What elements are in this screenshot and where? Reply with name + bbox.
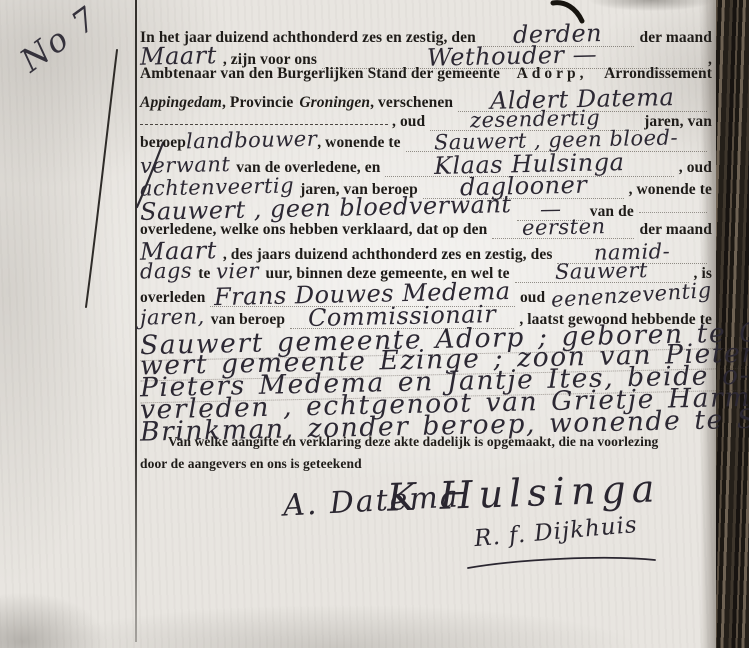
printed-text: oud	[520, 289, 545, 307]
entry-akte-month: Maart	[140, 43, 217, 69]
entry-death-place: Sauwert	[555, 260, 648, 283]
printed-text: der maand	[639, 221, 712, 239]
death-record-page: No 7 In het jaar duizend achthonderd zes…	[0, 0, 749, 648]
entry-declarant1-occupation: landbouwer	[186, 129, 318, 153]
printed-text: , wonende te	[629, 181, 712, 199]
margin-pen-stroke	[86, 50, 117, 307]
fill-line	[639, 212, 707, 213]
printed-text: , wonende te	[317, 134, 400, 152]
printed-arrondissement: Appingedam	[140, 94, 222, 112]
signature-declarant-2: K Hulsinga	[386, 469, 661, 517]
form-line-19: Brinkman, zonder beroep, wonende te Sauw…	[140, 412, 712, 434]
fill-line: eersten	[492, 217, 634, 239]
form-line-7: verwant van de overledene, en Klaas Huls…	[140, 152, 712, 174]
form-line-4: Appingedam , Provincie Groningen , versc…	[140, 87, 712, 109]
entry-death-hour: vier	[216, 260, 259, 282]
form-line-9: Sauwert , geen bloedverwant — van de	[140, 196, 712, 218]
printed-province: Groningen	[299, 94, 370, 112]
entry-official-title: Wethouder —	[427, 42, 598, 70]
blank-dash-line	[140, 124, 388, 125]
entry-death-day: eersten	[521, 216, 605, 239]
printed-text: , Provincie	[222, 94, 293, 112]
entry-death-daypart-cont: dags	[140, 260, 193, 282]
signature-underline-stroke	[468, 558, 655, 568]
printed-text: , oud	[679, 159, 712, 177]
form-line-1: In het jaar duizend achthonderd zes en z…	[140, 22, 712, 44]
entry-deceased-age-cont: jaren,	[140, 306, 205, 328]
printed-text: , des jaars duizend achthonderd zes en z…	[223, 246, 553, 264]
margin-rule	[135, 0, 137, 642]
printed-text: te	[198, 265, 210, 283]
printed-text: beroep	[140, 134, 186, 152]
printed-text: door de aangevers en ons is geteekend	[140, 456, 362, 472]
fill-line: Sauwert	[515, 261, 689, 283]
top-right-pen-stroke	[553, 3, 582, 21]
signature-official: R. f. Dijkhuis	[473, 514, 638, 551]
printed-text: , oud	[392, 113, 425, 131]
printed-text: van beroep	[211, 311, 285, 329]
form-line-6: beroep landbouwer , wonende te Sauwert ,…	[140, 130, 712, 152]
form-line-11: Maart , des jaars duizend achthonderd ze…	[140, 239, 712, 261]
margin-act-number: No 7	[13, 0, 105, 80]
entry-declarant1-relation: verwant	[140, 154, 231, 177]
printed-text: Arrondissement	[604, 65, 712, 83]
act-body: In het jaar duizend achthonderd zes en z…	[140, 22, 712, 477]
entry-declarant2-residence: Sauwert , geen bloedverwant	[140, 192, 512, 224]
